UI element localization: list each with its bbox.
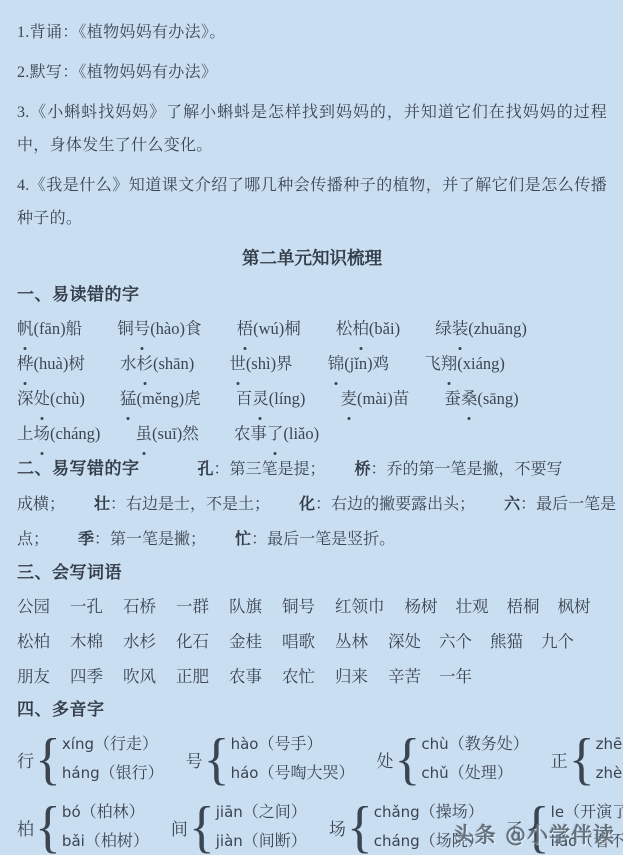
vocab-word: 九个 (541, 624, 574, 659)
pinyin-row-3: 深处(chù) 猛(měng)虎 百灵(líng) 麦(mài)苗 蚕桑(sān… (17, 381, 607, 416)
brace-glyph: { (35, 731, 61, 788)
stroke-note: 化：右边的撇要露出头； (299, 496, 475, 513)
vocab-word: 农事 (229, 659, 262, 694)
vocab-word: 公园 (17, 589, 50, 624)
stroke-note: 季：第一笔是撇； (78, 531, 206, 548)
intro-item-2: 2.默写：《植物妈妈有办法》 (17, 56, 607, 89)
polyphone-group: 行 { xíng（行走） háng（银行） (17, 730, 164, 788)
vocab-word: 松柏 (17, 624, 50, 659)
section4-title: 四、多音字 (17, 694, 607, 726)
stroke-note: 桥：乔的第一笔是撇，不要写 (355, 461, 563, 478)
vocab-word: 归来 (335, 659, 368, 694)
section3-title: 三、会写词语 (17, 557, 607, 589)
brace-glyph: { (35, 799, 61, 855)
vocab-word: 一年 (439, 659, 472, 694)
pinyin-word: 麦(mài)苗 (341, 381, 410, 416)
pinyin-word: 绿装(zhuāng) (435, 311, 527, 346)
pinyin-word: 百灵(líng) (236, 381, 306, 416)
pinyin-row-1: 帆(fān)船 铜号(hào)食 梧(wú)桐 松柏(bǎi) 绿装(zhuān… (17, 311, 607, 346)
vocab-word: 化石 (176, 624, 209, 659)
pronunciation-option: háng（银行） (62, 759, 164, 788)
pronunciation-option: jiàn（间断） (216, 827, 307, 855)
brace-glyph: { (189, 799, 215, 855)
vocab-word: 唱歌 (282, 624, 315, 659)
vocab-word: 六个 (439, 624, 472, 659)
pronunciation-option: zhèng（正好） (596, 759, 623, 788)
section2-line-3: 点；季：第一笔是撇；忙：最后一笔是竖折。 (17, 522, 607, 557)
polyphone-char: 行 (17, 747, 34, 772)
pinyin-word: 松柏(bǎi) (336, 311, 400, 346)
polyphone-group: 柏 { bó（柏林） bǎi（柏树） (17, 798, 149, 855)
polyphone-group: 处 { chù（教务处） chǔ（处理） (377, 730, 529, 788)
stroke-note: 六：最后一笔是 (504, 496, 616, 513)
intro-item-4: 4.《我是什么》知道课文介绍了哪几种会传播种子的植物，并了解它们是怎么传播种子的… (17, 169, 607, 235)
vocab-word: 四季 (70, 659, 103, 694)
pinyin-word: 深处(chù) (17, 381, 85, 416)
polyphone-char: 正 (551, 747, 568, 772)
brace-glyph: { (569, 731, 595, 788)
pinyin-word: 桦(huà)树 (17, 346, 85, 381)
pinyin-word: 锦(jǐn)鸡 (328, 346, 389, 381)
vocab-word: 辛苦 (388, 659, 421, 694)
pinyin-word: 猛(měng)虎 (120, 381, 201, 416)
vocab-word: 丛林 (335, 624, 368, 659)
vocab-word: 石桥 (123, 589, 156, 624)
vocab-word: 熊猫 (490, 624, 523, 659)
brace-glyph: { (347, 799, 373, 855)
pinyin-word: 蚕桑(sāng) (444, 381, 518, 416)
vocab-word: 枫树 (558, 589, 591, 624)
vocab-word: 农忙 (282, 659, 315, 694)
watermark: 头条 @小学伴读 (453, 819, 615, 849)
polyphone-char: 场 (329, 815, 346, 840)
polyphone-char: 间 (171, 815, 188, 840)
vocab-word: 一孔 (70, 589, 103, 624)
pronunciation-option: chǔ（处理） (421, 759, 528, 788)
pronunciation-option: chù（教务处） (421, 730, 528, 759)
pronunciation-option: bǎi（柏树） (62, 827, 149, 855)
pronunciation-option: jiān（之间） (216, 798, 307, 827)
section2-line-2: 成横；壮：右边是士，不是土；化：右边的撇要露出头；六：最后一笔是 (17, 487, 607, 522)
vocab-word: 木棉 (70, 624, 103, 659)
polyphone-row-1: 行 { xíng（行走） háng（银行） 号 { hào（号手） háo（号啕… (17, 730, 607, 788)
pinyin-word: 飞翔(xiáng) (424, 346, 505, 381)
document-page: 1.背诵：《植物妈妈有办法》。 2.默写：《植物妈妈有办法》 3.《小蝌蚪找妈妈… (0, 0, 623, 855)
vocab-word: 队旗 (229, 589, 262, 624)
intro-item-3: 3.《小蝌蚪找妈妈》了解小蝌蚪是怎样找到妈妈的，并知道它们在找妈妈的过程中，身体… (17, 96, 607, 162)
stroke-note: 成横； (17, 496, 65, 513)
pinyin-word: 农事了(liǎo) (234, 416, 319, 451)
pinyin-word: 帆(fān)船 (17, 311, 82, 346)
stroke-note: 壮：右边是士，不是土； (94, 496, 270, 513)
word-row-2: 松柏木棉水杉化石金桂唱歌丛林深处六个熊猫九个 (17, 624, 607, 659)
pinyin-word: 水杉(shān) (120, 346, 194, 381)
pinyin-row-2: 桦(huà)树 水杉(shān) 世(shì)界 锦(jǐn)鸡 飞翔(xián… (17, 346, 607, 381)
vocab-word: 梧桐 (507, 589, 540, 624)
stroke-note: 孔：第三笔是提； (198, 461, 326, 478)
vocab-word: 正肥 (176, 659, 209, 694)
pinyin-word: 虽(suī)然 (136, 416, 199, 451)
word-row-1: 公园一孔石桥一群队旗铜号红领巾杨树壮观梧桐枫树 (17, 589, 607, 624)
vocab-word: 一群 (176, 589, 209, 624)
pinyin-word: 铜号(hào)食 (117, 311, 201, 346)
vocab-word: 铜号 (282, 589, 315, 624)
stroke-note: 点； (17, 531, 49, 548)
pinyin-word: 上场(cháng) (17, 416, 100, 451)
vocab-word: 水杉 (123, 624, 156, 659)
polyphone-char: 处 (377, 747, 394, 772)
intro-item-1: 1.背诵：《植物妈妈有办法》。 (17, 16, 607, 49)
pronunciation-option: bó（柏林） (62, 798, 149, 827)
pronunciation-option: háo（号啕大哭） (231, 759, 355, 788)
vocab-word: 金桂 (229, 624, 262, 659)
page-title: 第二单元知识梳理 (17, 243, 607, 273)
vocab-word: 杨树 (405, 589, 438, 624)
vocab-word: 壮观 (456, 589, 489, 624)
pinyin-row-4: 上场(cháng) 虽(suī)然 农事了(liǎo) (17, 416, 607, 451)
brace-glyph: { (395, 731, 421, 788)
vocab-word: 朋友 (17, 659, 50, 694)
stroke-note: 忙：最后一笔是竖折。 (235, 531, 395, 548)
vocab-word: 深处 (388, 624, 421, 659)
section2-title: 二、易写错的字 (17, 459, 140, 478)
pronunciation-option: zhēng（正月） (596, 730, 623, 759)
section2-line-1: 二、易写错的字孔：第三笔是提；桥：乔的第一笔是撇，不要写 (17, 451, 607, 487)
polyphone-char: 柏 (17, 815, 34, 840)
word-row-3: 朋友四季吹风正肥农事农忙归来辛苦一年 (17, 659, 607, 694)
pronunciation-option: xíng（行走） (62, 730, 164, 759)
polyphone-group: 间 { jiān（之间） jiàn（间断） (171, 798, 307, 855)
vocab-word: 吹风 (123, 659, 156, 694)
pinyin-word: 世(shì)界 (229, 346, 292, 381)
section1-title: 一、易读错的字 (17, 279, 607, 311)
polyphone-group: 正 { zhēng（正月） zhèng（正好） (551, 730, 623, 788)
brace-glyph: { (204, 731, 230, 788)
polyphone-group: 号 { hào（号手） háo（号啕大哭） (186, 730, 355, 788)
pronunciation-option: hào（号手） (231, 730, 355, 759)
vocab-word: 红领巾 (335, 589, 385, 624)
pinyin-word: 梧(wú)桐 (237, 311, 301, 346)
polyphone-char: 号 (186, 747, 203, 772)
